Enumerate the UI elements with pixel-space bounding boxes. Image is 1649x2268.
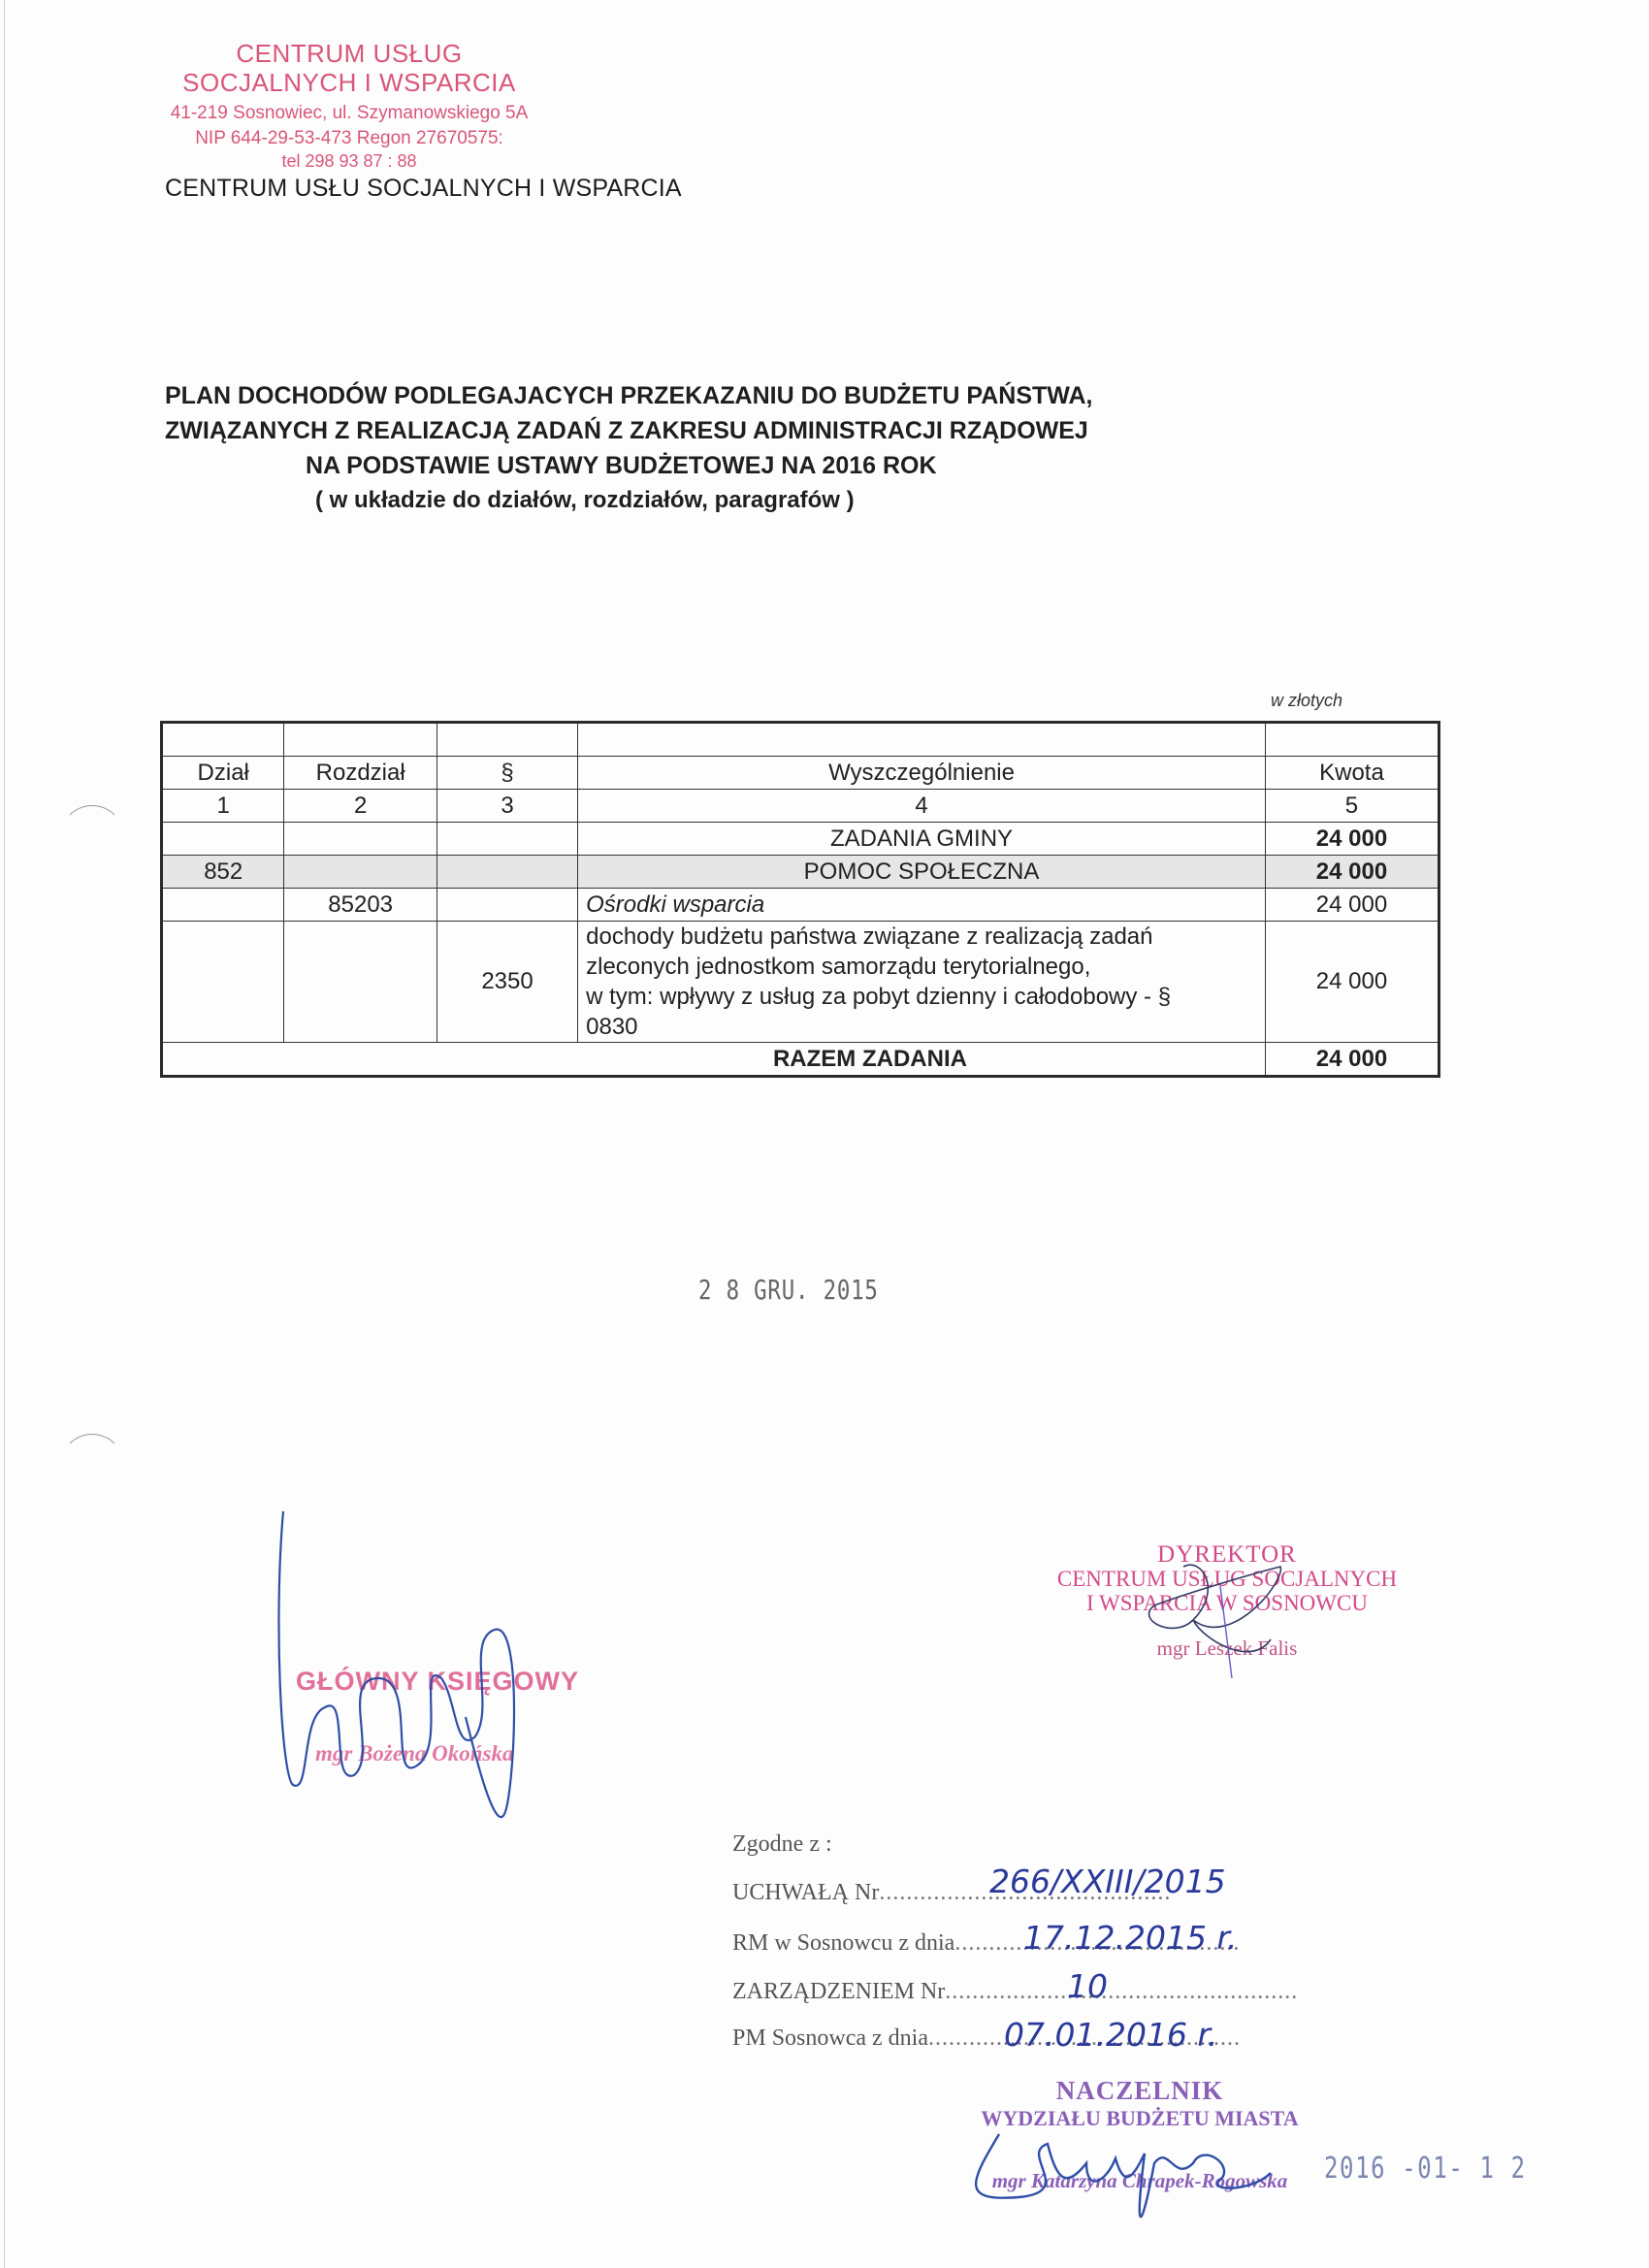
cell-description: Ośrodki wsparcia [578, 889, 1266, 922]
header-wyszczegolnienie: Wyszczególnienie [578, 757, 1266, 790]
approval-label: UCHWAŁĄ Nr [732, 1880, 879, 1905]
unit-note: w złotych [1271, 691, 1342, 711]
header-kwota: Kwota [1265, 757, 1439, 790]
table-header-row: Dział Rozdział § Wyszczególnienie Kwota [162, 757, 1439, 790]
cell-description: dochody budżetu państwa związane z reali… [578, 922, 1266, 1043]
cell-paragraf [436, 889, 577, 922]
header-rozdzial: Rozdział [284, 757, 436, 790]
cell-dzial [162, 922, 284, 1043]
cell-amount: 24 000 [1265, 823, 1439, 856]
column-number: 1 [162, 790, 284, 823]
total-label: RAZEM ZADANIA [162, 1043, 1266, 1077]
header-paragraf: § [436, 757, 577, 790]
approval-row: ZARZĄDZENIEM Nr.........................… [732, 1979, 1298, 2005]
table-row: 85203 Ośrodki wsparcia 24 000 [162, 889, 1439, 922]
handwritten-resolution-date: 17.12.2015 r. [1023, 1919, 1237, 1957]
received-date-stamp: 2 8 GRU. 2015 [698, 1274, 879, 1306]
cell-paragraf [436, 856, 577, 889]
approval-label: ZARZĄDZENIEM Nr [732, 1979, 945, 2004]
title-line: PLAN DOCHODÓW PODLEGAJACYCH PRZEKAZANIU … [165, 378, 1280, 413]
document-title: PLAN DOCHODÓW PODLEGAJACYCH PRZEKAZANIU … [165, 378, 1280, 518]
column-number: 5 [1265, 790, 1439, 823]
cell-dzial: 852 [162, 856, 284, 889]
stamp-address: 41-219 Sosnowiec, ul. Szymanowskiego 5A [126, 101, 572, 126]
page-edge [4, 0, 5, 2268]
stamp-line: SOCJALNYCH I WSPARCIA [126, 68, 572, 97]
cell-description: POMOC SPOŁECZNA [578, 856, 1266, 889]
cell-dzial [162, 889, 284, 922]
dotted-line: ........................................… [945, 1979, 1298, 2004]
cell-amount: 24 000 [1265, 922, 1439, 1043]
column-number: 2 [284, 790, 436, 823]
budget-table: Dział Rozdział § Wyszczególnienie Kwota … [160, 721, 1440, 1078]
header-dzial: Dział [162, 757, 284, 790]
cell-rozdzial [284, 823, 436, 856]
column-number: 3 [436, 790, 577, 823]
description-line: w tym: wpływy z usług za pobyt dzienny i… [586, 982, 1257, 1012]
approval-heading: Zgodne z : [732, 1831, 832, 1858]
stamp-ids: NIP 644-29-53-473 Regon 27670575: [126, 126, 572, 151]
handwritten-resolution-number: 266/XXIII/2015 [989, 1863, 1226, 1900]
column-number-row: 1 2 3 4 5 [162, 790, 1439, 823]
table-row: ZADANIA GMINY 24 000 [162, 823, 1439, 856]
approval-label: PM Sosnowca z dnia [732, 2025, 928, 2051]
total-label-text: RAZEM ZADANIA [773, 1046, 967, 1072]
cell-rozdzial: 85203 [284, 889, 436, 922]
total-row: RAZEM ZADANIA 24 000 [162, 1043, 1439, 1077]
stamp-line: NACZELNIK [955, 2076, 1324, 2105]
director-signature-icon [1135, 1552, 1329, 1678]
cell-dzial [162, 823, 284, 856]
cell-paragraf: 2350 [436, 922, 577, 1043]
table-row: 2350 dochody budżetu państwa związane z … [162, 922, 1439, 1043]
cell-description: ZADANIA GMINY [578, 823, 1266, 856]
organization-name: CENTRUM USŁU SOCJALNYCH I WSPARCIA [165, 175, 682, 203]
description-line: zleconych jednostkom samorządu terytoria… [586, 952, 1257, 982]
stamp-phone: tel 298 93 87 : 88 [126, 151, 572, 171]
punch-hole-mark [60, 1434, 124, 1498]
cell-rozdzial [284, 856, 436, 889]
cell-amount: 24 000 [1265, 889, 1439, 922]
table-spacer-row [162, 723, 1439, 757]
column-number: 4 [578, 790, 1266, 823]
handwritten-order-date: 07.01.2016 r. [1004, 2016, 1217, 2054]
punch-hole-mark [60, 805, 124, 869]
description-line: dochody budżetu państwa związane z reali… [586, 922, 1257, 952]
handwritten-order-number: 10 [1067, 1967, 1108, 2005]
accountant-signature-icon [272, 1504, 601, 1833]
title-line: ZWIĄZANYCH Z REALIZACJĄ ZADAŃ Z ZAKRESU … [165, 413, 1280, 448]
final-date-stamp: 2016 -01- 1 2 [1324, 2152, 1527, 2186]
cell-paragraf [436, 823, 577, 856]
table-row: 852 POMOC SPOŁECZNA 24 000 [162, 856, 1439, 889]
budget-head-signature-icon [960, 2124, 1280, 2251]
approval-label: RM w Sosnowcu z dnia [732, 1930, 954, 1956]
cell-amount: 24 000 [1265, 856, 1439, 889]
title-subline: ( w układzie do działów, rozdziałów, par… [165, 483, 1280, 518]
total-amount: 24 000 [1265, 1043, 1439, 1077]
title-line: NA PODSTAWIE USTAWY BUDŻETOWEJ NA 2016 R… [165, 448, 1280, 483]
description-line: 0830 [586, 1012, 1257, 1042]
organization-stamp: CENTRUM USŁUG SOCJALNYCH I WSPARCIA 41-2… [126, 39, 572, 171]
cell-rozdzial [284, 922, 436, 1043]
stamp-line: CENTRUM USŁUG [126, 39, 572, 68]
